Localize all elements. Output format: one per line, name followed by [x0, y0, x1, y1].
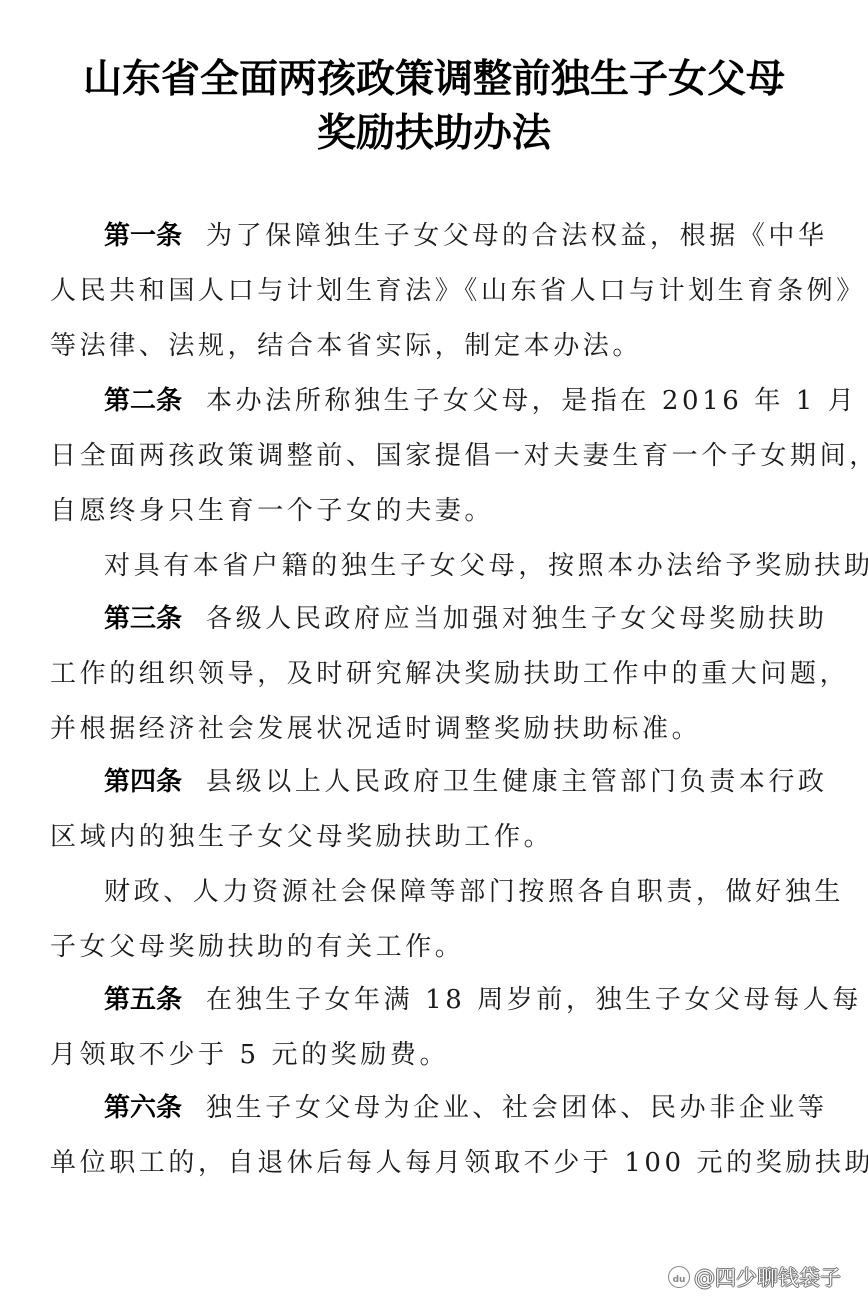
article-2-line: 第二条本办法所称独生子女父母，是指在 2016 年 1 月 1: [104, 386, 840, 416]
title-line-1: 山东省全面两孩政策调整前独生子女父母: [0, 48, 868, 104]
body-line: 子女父母奖励扶助的有关工作。: [50, 932, 840, 962]
watermark-text: @四少聊钱袋子: [694, 1262, 841, 1292]
body-line: 等法律、法规，结合本省实际，制定本办法。: [50, 331, 840, 361]
article-5-line: 第五条在独生子女年满 18 周岁前，独生子女父母每人每: [104, 985, 840, 1015]
body-line: 财政、人力资源社会保障等部门按照各自职责，做好独生: [104, 877, 840, 907]
body-line: 区域内的独生子女父母奖励扶助工作。: [50, 822, 840, 852]
watermark: du @四少聊钱袋子: [668, 1262, 841, 1292]
article-6-line: 第六条独生子女父母为企业、社会团体、民办非企业等: [104, 1093, 840, 1123]
body-line: 工作的组织领导，及时研究解决奖励扶助工作中的重大问题，: [50, 659, 840, 689]
article-1-line: 第一条为了保障独生子女父母的合法权益，根据《中华: [104, 221, 840, 251]
body-line: 自愿终身只生育一个子女的夫妻。: [50, 496, 840, 526]
article-heading: 第六条: [104, 1093, 182, 1123]
body-line: 人民共和国人口与计划生育法》《山东省人口与计划生育条例》: [50, 276, 840, 306]
baidu-paw-icon: du: [668, 1266, 690, 1288]
article-heading: 第一条: [104, 221, 182, 251]
article-4-line: 第四条县级以上人民政府卫生健康主管部门负责本行政: [104, 767, 840, 797]
article-heading: 第二条: [104, 386, 182, 416]
body-line: 并根据经济社会发展状况适时调整奖励扶助标准。: [50, 714, 840, 744]
body-line: 月领取不少于 5 元的奖励费。: [50, 1040, 840, 1070]
article-heading: 第五条: [104, 985, 182, 1015]
body-line: 对具有本省户籍的独生子女父母，按照本办法给予奖励扶助。: [104, 551, 840, 581]
article-heading: 第四条: [104, 767, 182, 797]
body-line: 日全面两孩政策调整前、国家提倡一对夫妻生育一个子女期间，: [50, 441, 840, 471]
article-heading: 第三条: [104, 604, 182, 634]
title-line-2: 奖励扶助办法: [0, 102, 868, 158]
article-3-line: 第三条各级人民政府应当加强对独生子女父母奖励扶助: [104, 604, 840, 634]
body-line: 单位职工的，自退休后每人每月领取不少于 100 元的奖励扶助。: [50, 1148, 840, 1178]
